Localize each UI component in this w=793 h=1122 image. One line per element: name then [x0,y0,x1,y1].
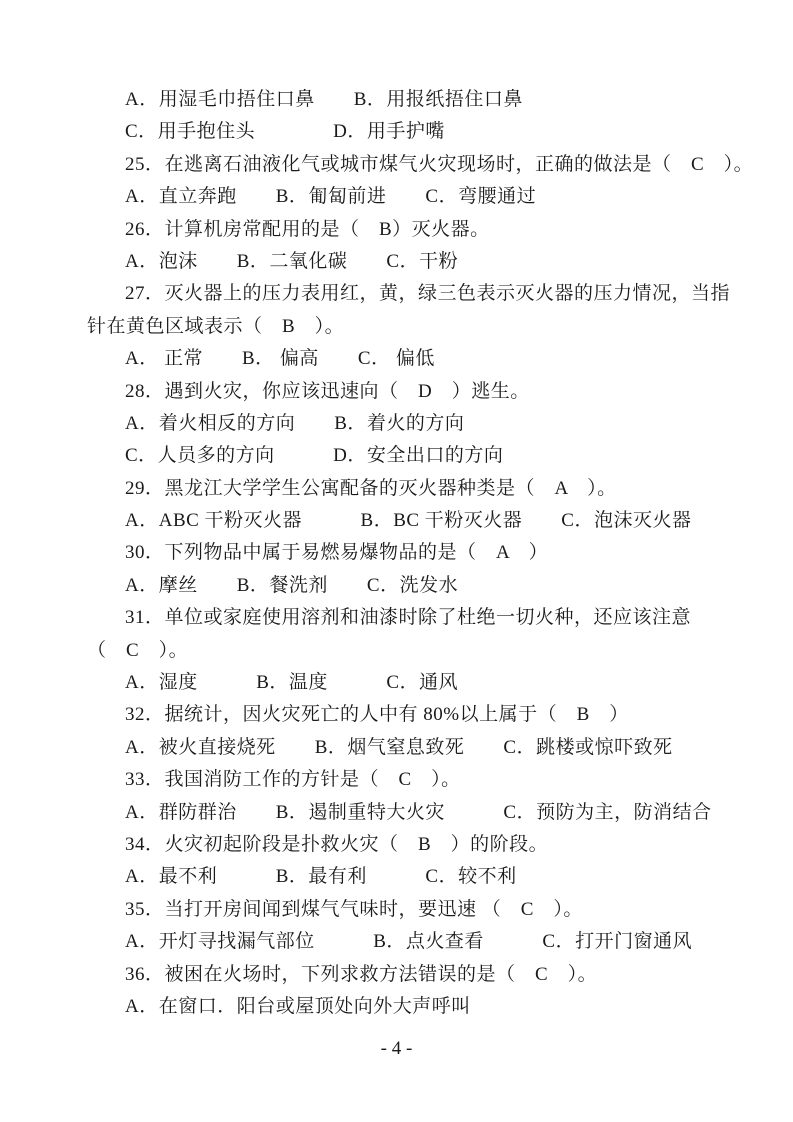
q35-options: A．开灯寻找漏气部位 B．点火查看 C．打开门窗通风 [87,926,737,958]
q25-options: A．直立奔跑 B．匍匐前进 C．弯腰通过 [87,181,737,213]
q26-options: A．泡沫 B．二氧化碳 C．干粉 [87,246,737,278]
q29-options: A．ABC 干粉灭火器 B．BC 干粉灭火器 C．泡沫灭火器 [87,505,737,537]
q36-question: 36．被困在火场时，下列求救方法错误的是（ C ）。 [87,959,737,991]
q33-question: 33．我国消防工作的方针是（ C ）。 [87,764,737,796]
q24-options-ab: A．用湿毛巾捂住口鼻 B．用报纸捂住口鼻 [87,84,737,116]
page-number: - 4 - [0,1036,793,1062]
q31-question-line2: （ C ）。 [87,635,737,667]
q32-options: A．被火直接烧死 B．烟气窒息致死 C．跳楼或惊吓致死 [87,732,737,764]
q29-question: 29．黑龙江大学学生公寓配备的灭火器种类是（ A ）。 [87,473,737,505]
q34-options: A．最不利 B．最有利 C．较不利 [87,861,737,893]
q28-options-ab: A．着火相反的方向 B．着火的方向 [87,408,737,440]
q32-question: 32．据统计，因火灾死亡的人中有 80%以上属于（ B ） [87,699,737,731]
q36-option-a: A．在窗口．阳台或屋顶处向外大声呼叫 [87,991,737,1023]
q34-question: 34．火灾初起阶段是扑救火灾（ B ）的阶段。 [87,829,737,861]
q27-options: A． 正常 B． 偏高 C． 偏低 [87,343,737,375]
q28-question: 28．遇到火灾，你应该迅速向（ D ）逃生。 [87,376,737,408]
q30-question: 30．下列物品中属于易燃易爆物品的是（ A ） [87,537,737,569]
q28-options-cd: C．人员多的方向 D．安全出口的方向 [87,440,737,472]
q30-options: A．摩丝 B．餐洗剂 C．洗发水 [87,570,737,602]
q25-question: 25．在逃离石油液化气或城市煤气火灾现场时，正确的做法是（ C ）。 [87,149,737,181]
q27-question-line2: 针在黄色区域表示（ B ）。 [87,311,737,343]
quiz-text-block: A．用湿毛巾捂住口鼻 B．用报纸捂住口鼻 C．用手抱住头 D．用手护嘴 25．在… [87,84,737,1023]
q26-question: 26．计算机房常配用的是（ B）灭火器。 [87,214,737,246]
q33-options: A．群防群治 B．遏制重特大火灾 C．预防为主，防消结合 [87,797,737,829]
q31-options: A．湿度 B．温度 C．通风 [87,667,737,699]
q31-question-line1: 31．单位或家庭使用溶剂和油漆时除了杜绝一切火种，还应该注意 [87,602,737,634]
q27-question-line1: 27．灭火器上的压力表用红，黄，绿三色表示灭火器的压力情况，当指 [87,278,737,310]
q35-question: 35．当打开房间闻到煤气气味时，要迅速 （ C ）。 [87,894,737,926]
document-page: A．用湿毛巾捂住口鼻 B．用报纸捂住口鼻 C．用手抱住头 D．用手护嘴 25．在… [0,0,793,1122]
q24-options-cd: C．用手抱住头 D．用手护嘴 [87,116,737,148]
